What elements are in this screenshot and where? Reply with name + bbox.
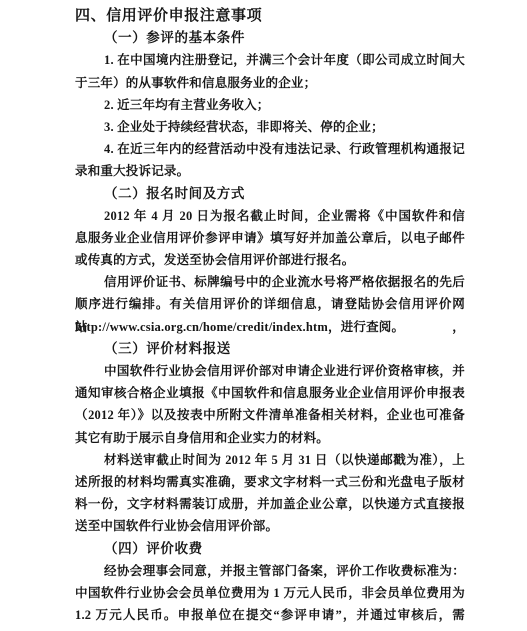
text-line: 4. 在近三年内的经营活动中没有违法记录、行政管理机构通报记 (75, 138, 465, 160)
text-line: 2. 近三年均有主营业务收入； (75, 94, 465, 116)
text-line: 材料送审截止时间为 2012 年 5 月 31 日（以快递邮戳为准），上 (75, 449, 465, 471)
text-line: 其它有助于展示自身信用和企业实力的材料。 (75, 427, 465, 449)
text-line: 于三年）的从事软件和信息服务业的企业； (75, 72, 465, 94)
text-line: 中国软件行业协会会员单位费用为 1 万元人民币，非会员单位费用为 (75, 582, 465, 604)
document-page: 四、信用评价申报注意事项 （一）参评的基本条件1. 在中国境内注册登记，并满三个… (0, 0, 527, 631)
document-title: 四、信用评价申报注意事项 (75, 5, 465, 27)
document-body: 四、信用评价申报注意事项 （一）参评的基本条件1. 在中国境内注册登记，并满三个… (0, 0, 527, 626)
text-line: 顺序进行编排。有关信用评价的详细信息，请登陆协会信用评价网站， (75, 293, 465, 315)
text-line: 经协会理事会同意，并报主管部门备案，评价工作收费标准为： (75, 560, 465, 582)
text-line: 述所报的材料均需真实准确，要求文字材料一式三份和光盘电子版材 (75, 471, 465, 493)
text-line: 料一份，文字材料需装订成册，并加盖企业公章，以快递方式直接报 (75, 493, 465, 515)
text-line: 通知审核合格企业填报《中国软件和信息服务业企业信用评价申报表 (75, 382, 465, 404)
section-heading: （三）评价材料报送 (75, 338, 465, 360)
text-line: 1. 在中国境内注册登记，并满三个会计年度（即公司成立时间大 (75, 49, 465, 71)
text-line: 息服务业企业信用评价参评申请》填写好并加盖公章后，以电子邮件 (75, 227, 465, 249)
section-heading: （一）参评的基本条件 (75, 27, 465, 49)
text-line: 信用评价证书、标牌编号中的企业流水号将严格依据报名的先后 (75, 271, 465, 293)
section-heading: （四）评价收费 (75, 538, 465, 560)
text-line: 或传真的方式，发送至协会信用评价部进行报名。 (75, 249, 465, 271)
text-line: 3. 企业处于持续经营状态，非即将关、停的企业； (75, 116, 465, 138)
text-line: 送至中国软件行业协会信用评价部。 (75, 515, 465, 537)
text-line: 中国软件行业协会信用评价部对申请企业进行评价资格审核，并 (75, 360, 465, 382)
text-line: 录和重大投诉记录。 (75, 160, 465, 182)
text-line: 2012 年 4 月 20 日为报名截止时间，企业需将《中国软件和信 (75, 205, 465, 227)
text-line: 1.2 万元人民币。申报单位在提交“参评申请”，并通过审核后，需 (75, 604, 465, 626)
section-heading: （二）报名时间及方式 (75, 183, 465, 205)
text-line: （2012 年）》以及按表中所附文件清单准备相关材料，企业也可准备 (75, 404, 465, 426)
